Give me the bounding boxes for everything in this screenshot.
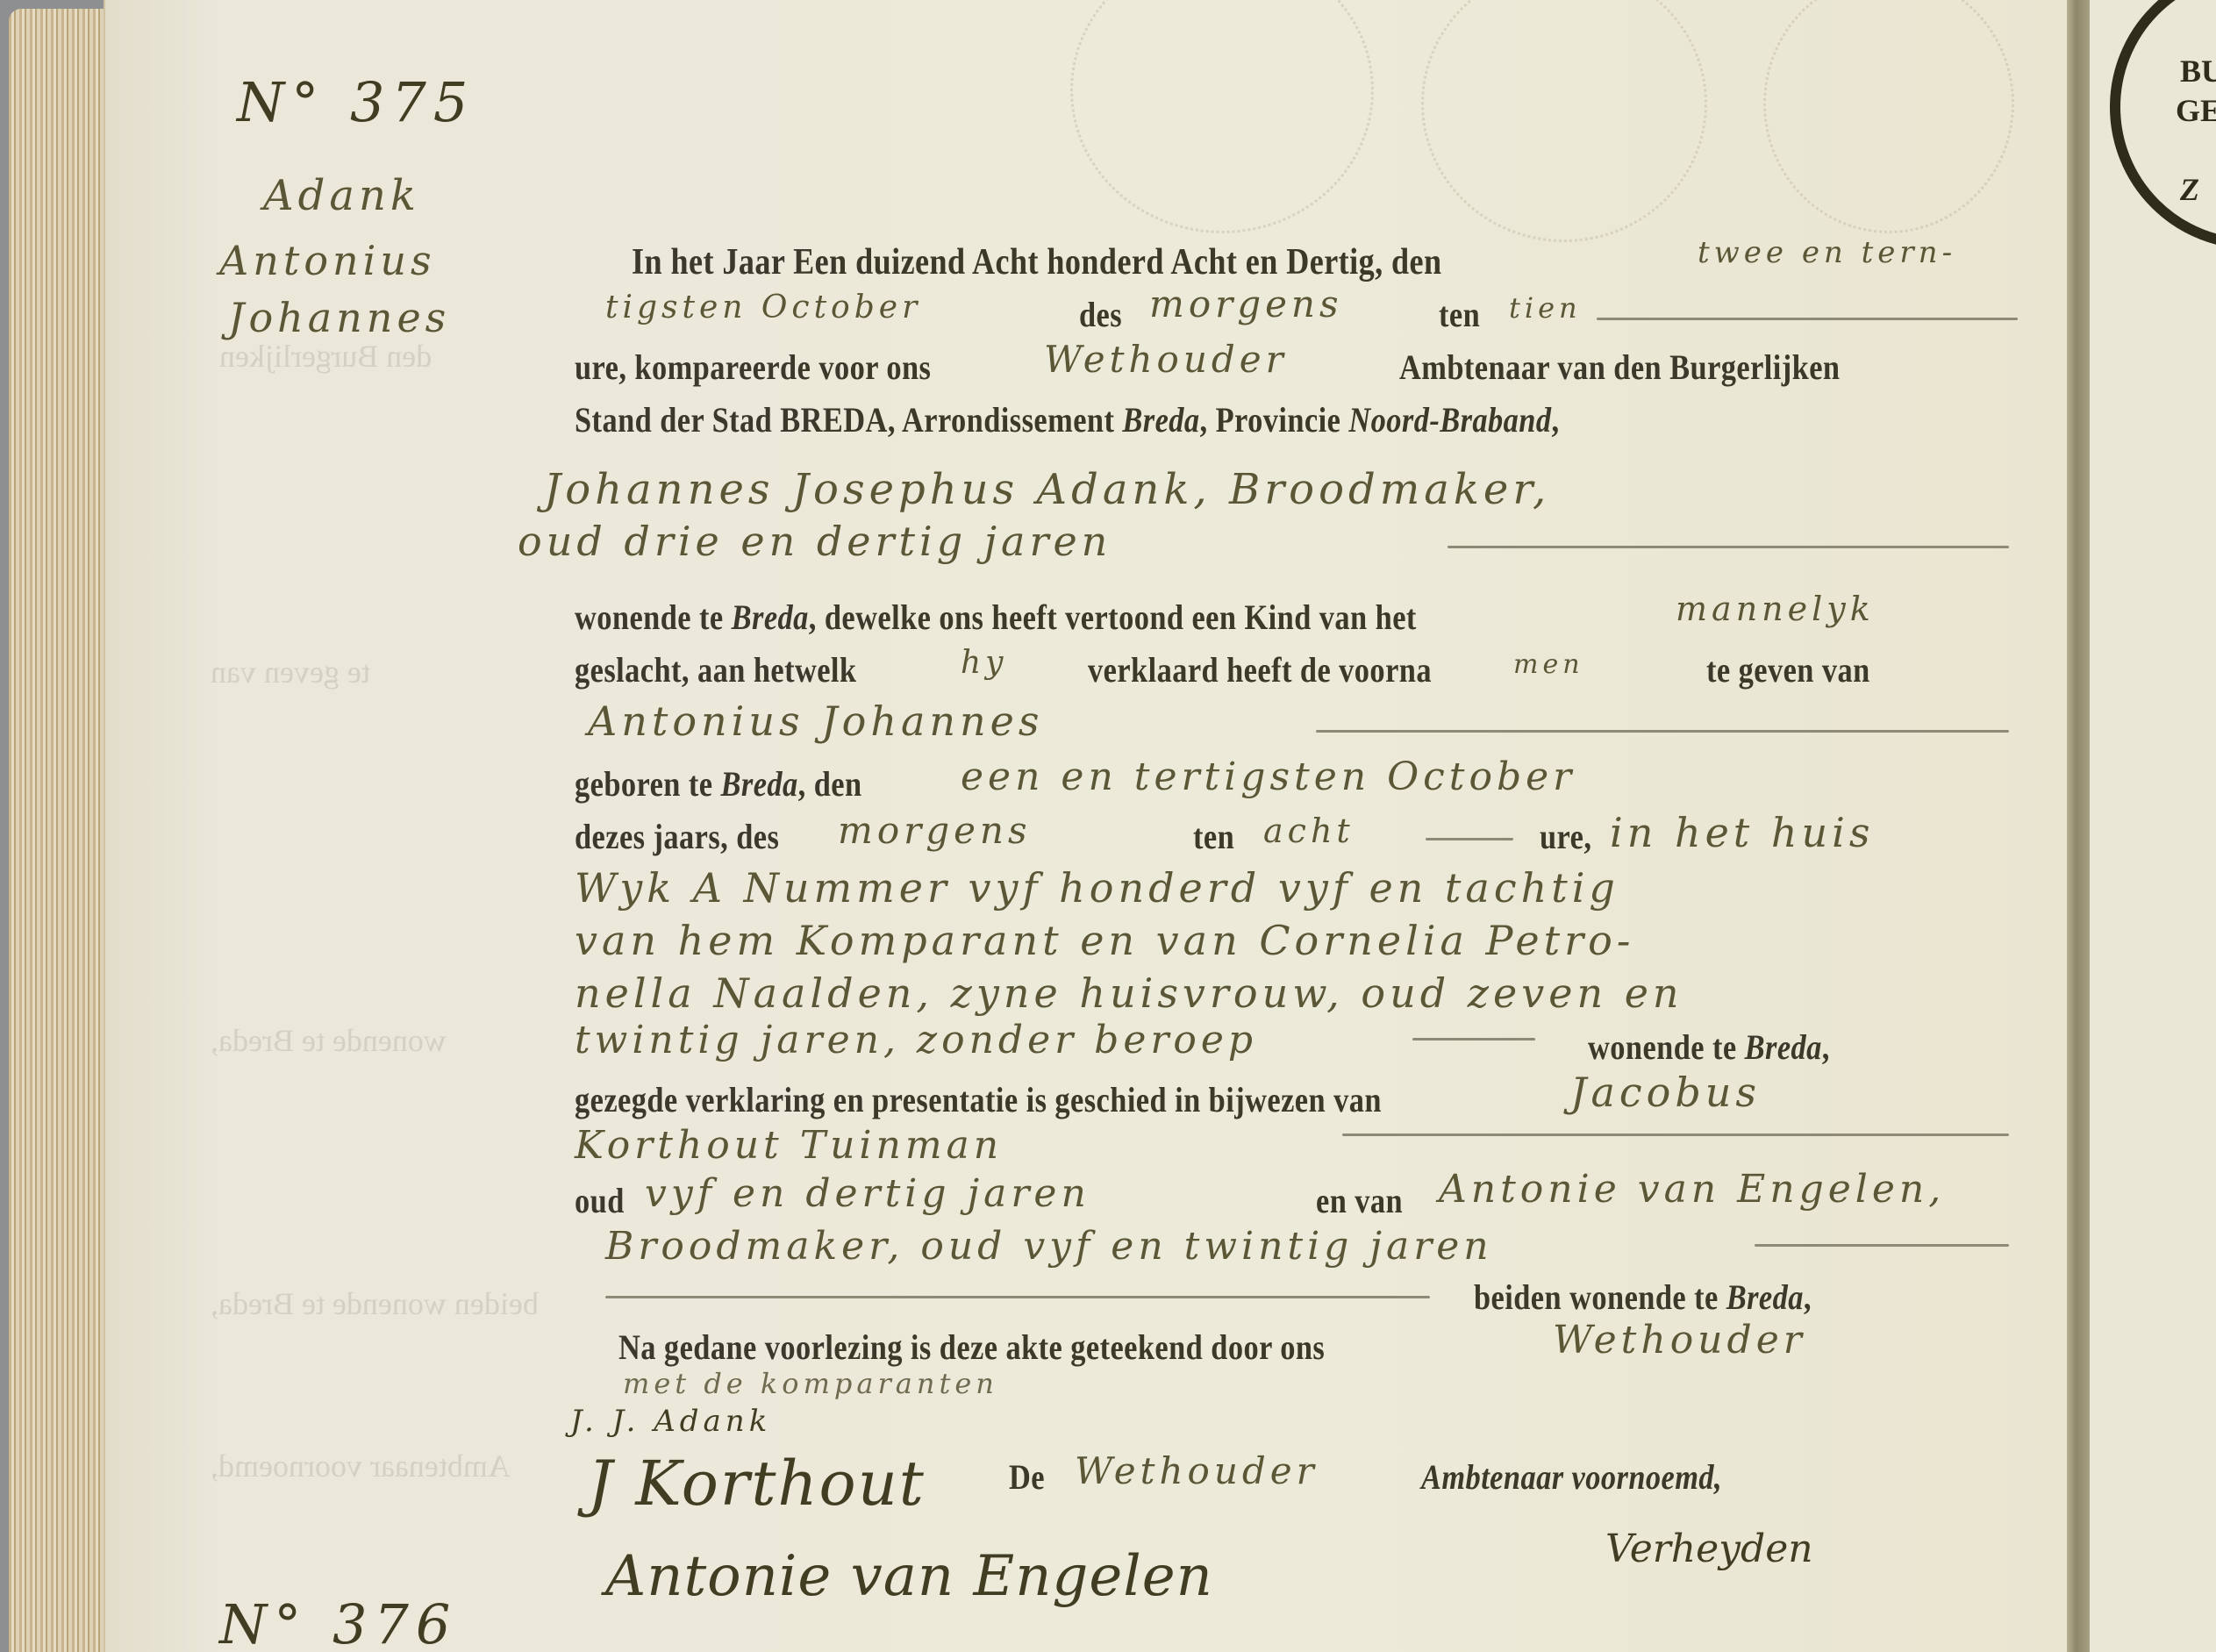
signature-witness-1: J Korthout bbox=[588, 1448, 926, 1520]
stamp-text: BU bbox=[2180, 53, 2216, 89]
mother-line-1: van hem Komparant en van Cornelia Petro- bbox=[575, 917, 1634, 964]
handwritten-entry: met de komparanten bbox=[623, 1367, 998, 1400]
handwritten-entry: tigsten October bbox=[605, 290, 921, 325]
fill-line bbox=[1755, 1244, 2009, 1247]
birth-address: Wyk A Nummer vyf honderd vyf en tachtig bbox=[575, 864, 1619, 912]
father-name-occupation: Johannes Josephus Adank, Broodmaker, bbox=[544, 465, 1550, 514]
fill-line bbox=[1448, 546, 2009, 548]
handwritten-entry: twee en tern- bbox=[1698, 235, 1956, 270]
place-name: Breda bbox=[732, 597, 809, 637]
birth-date: een en tertigsten October bbox=[961, 754, 1576, 799]
printed-text: gezegde verklaring en presentatie is ges… bbox=[575, 1079, 1382, 1120]
stamp-text: Z bbox=[2180, 171, 2199, 208]
printed-text: geboren te Breda, den bbox=[575, 763, 862, 805]
mother-line-3: twintig jaren, zonder beroep bbox=[575, 1018, 1257, 1062]
mother-line-2: nella Naalden, zyne huisvrouw, oud zeven… bbox=[575, 969, 1683, 1017]
margin-given-name-1: Antonius bbox=[219, 237, 436, 284]
printed-text: wonende te bbox=[575, 597, 724, 637]
official-title: Wethouder bbox=[1075, 1449, 1319, 1492]
book-gutter bbox=[2067, 0, 2090, 1652]
fill-line bbox=[1426, 838, 1513, 840]
printed-text: dezes jaars, des bbox=[575, 816, 779, 857]
stamp-text: GE bbox=[2176, 92, 2216, 129]
printed-text: des bbox=[1079, 294, 1122, 335]
place-name: Breda bbox=[721, 764, 798, 804]
printed-text: beiden wonende te bbox=[1474, 1277, 1719, 1317]
witness-2-name: Antonie van Engelen, bbox=[1439, 1167, 1945, 1212]
printed-text: Na gedane voorlezing is deze akte geteek… bbox=[618, 1327, 1325, 1368]
printed-text: beiden wonende te Breda, bbox=[1474, 1277, 1812, 1318]
place-name: Breda bbox=[1726, 1277, 1804, 1317]
handwritten-entry: Wethouder bbox=[1553, 1318, 1806, 1362]
handwritten-entry: hy bbox=[961, 645, 1008, 681]
printed-text: , bbox=[1822, 1027, 1830, 1067]
bleed-through-text: te geven van bbox=[211, 654, 370, 690]
fill-line bbox=[605, 1296, 1430, 1298]
printed-text: geboren te bbox=[575, 764, 712, 804]
province-name: Noord-Braband bbox=[1348, 400, 1551, 440]
printed-text: ure, bbox=[1540, 816, 1591, 857]
birth-hour: acht bbox=[1263, 812, 1355, 850]
witness-2-occupation-age: Broodmaker, oud vyf en twintig jaren bbox=[605, 1224, 1493, 1269]
printed-text: oud bbox=[575, 1180, 625, 1221]
printed-text: en van bbox=[1316, 1180, 1403, 1221]
signature-witness-2: Antonie van Engelen bbox=[605, 1544, 1213, 1609]
bleed-through-text: Ambtenaar voornoemd, bbox=[211, 1448, 511, 1484]
witness-1-age: vyf en dertig jaren bbox=[645, 1171, 1090, 1216]
birth-place-detail: in het huis bbox=[1610, 809, 1875, 856]
margin-given-name-2: Johannes bbox=[228, 294, 450, 341]
father-age: oud drie en dertig jaren bbox=[518, 518, 1112, 565]
printed-text: wonende te Breda, dewelke ons heeft vert… bbox=[575, 597, 1417, 638]
printed-text: In het Jaar Een duizend Acht honderd Ach… bbox=[632, 241, 1441, 283]
handwritten-entry: men bbox=[1513, 649, 1584, 680]
printed-text: te geven van bbox=[1706, 649, 1870, 690]
printed-text: De bbox=[1009, 1456, 1045, 1498]
witness-1-surname-occupation: Korthout Tuinman bbox=[575, 1123, 1003, 1168]
place-name: Breda bbox=[1745, 1027, 1822, 1067]
child-sex: mannelyk bbox=[1676, 590, 1875, 628]
printed-text: , bbox=[1804, 1277, 1812, 1317]
birth-time-of-day: morgens bbox=[838, 809, 1032, 852]
handwritten-entry: morgens bbox=[1149, 282, 1343, 325]
printed-text: , Provincie bbox=[1200, 400, 1341, 440]
bleed-through-text: beiden wonende te Breda, bbox=[211, 1285, 539, 1322]
printed-text: , dewelke ons heeft vertoond een Kind va… bbox=[809, 597, 1417, 637]
fill-line bbox=[1597, 318, 2018, 320]
fill-line bbox=[1316, 730, 2009, 733]
bleed-through-text: den Burgerlijken bbox=[219, 338, 432, 375]
printed-text: verklaard heeft de voorna bbox=[1088, 649, 1432, 690]
book-page-edges bbox=[9, 9, 112, 1652]
printed-text: ure, kompareerde voor ons bbox=[575, 347, 931, 388]
margin-entry-number: N° 375 bbox=[237, 70, 475, 134]
fill-line bbox=[1412, 1038, 1535, 1041]
printed-text: , bbox=[1551, 400, 1559, 440]
witness-1-first-name: Jacobus bbox=[1570, 1069, 1761, 1116]
printed-text: Stand der Stad BREDA, Arrondissement Bre… bbox=[575, 399, 1560, 440]
place-name: Breda bbox=[1122, 400, 1199, 440]
printed-text: geslacht, aan hetwelk bbox=[575, 649, 856, 690]
printed-text: ten bbox=[1193, 816, 1234, 857]
adjacent-page bbox=[2090, 0, 2216, 1652]
printed-text: wonende te Breda, bbox=[1588, 1026, 1830, 1068]
printed-text: Ambtenaar van den Burgerlijken bbox=[1399, 347, 1840, 388]
margin-surname: Adank bbox=[263, 171, 420, 220]
child-given-names: Antonius Johannes bbox=[588, 697, 1043, 745]
printed-text: Stand der Stad BREDA, Arrondissement bbox=[575, 400, 1114, 440]
handwritten-entry: Wethouder bbox=[1044, 338, 1288, 381]
printed-text: wonende te bbox=[1588, 1027, 1737, 1067]
handwritten-entry: tien bbox=[1509, 291, 1582, 325]
margin-next-entry-number: N° 376 bbox=[219, 1592, 457, 1652]
printed-text: ten bbox=[1439, 294, 1480, 335]
signature-father: J. J. Adank bbox=[570, 1404, 771, 1439]
printed-text: , den bbox=[798, 764, 862, 804]
fill-line bbox=[1342, 1134, 2009, 1136]
printed-text: Ambtenaar voornoemd, bbox=[1421, 1456, 1722, 1498]
signature-official: Verheyden bbox=[1605, 1527, 1813, 1571]
bleed-through-text: wonende te Breda, bbox=[211, 1022, 447, 1059]
